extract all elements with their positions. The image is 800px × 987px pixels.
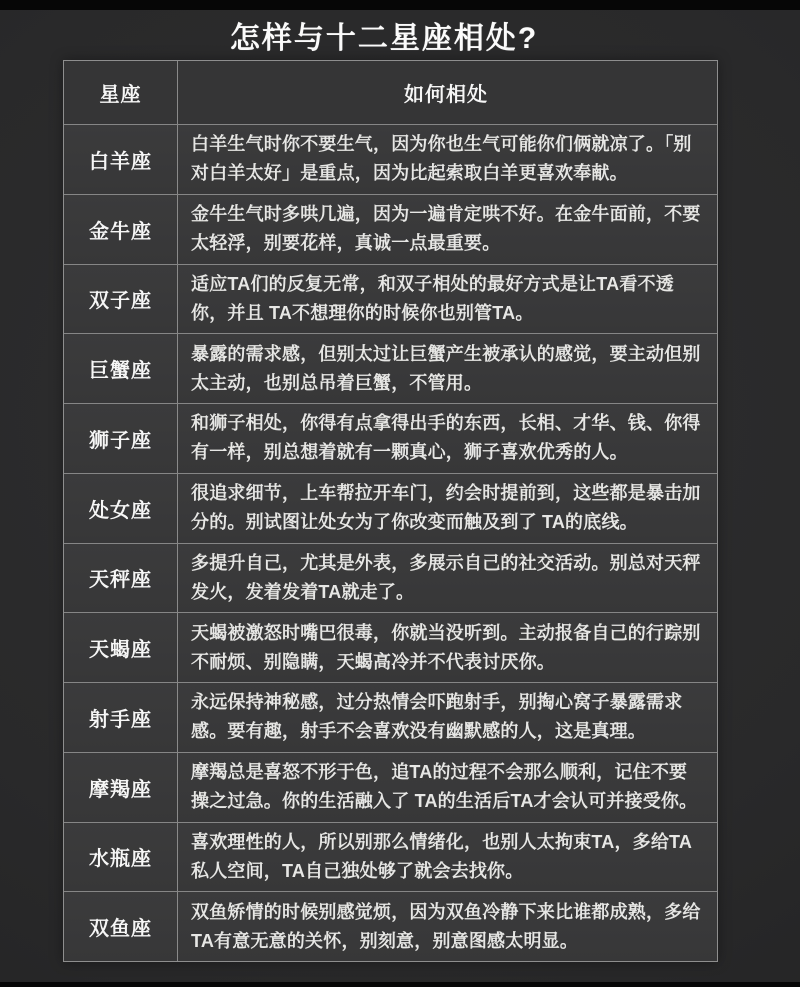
table-row: 巨蟹座 暴露的需求感，但别太过让巨蟹产生被承认的感觉，要主动但别太主动，也别总吊…: [64, 333, 717, 403]
table-row: 天秤座 多提升自己，尤其是外表，多展示自己的社交活动。别总对天秤发火，发着发着T…: [64, 543, 717, 613]
zodiac-advice-text: 和狮子相处，你得有点拿得出手的东西，长相、才华、钱、你得有一样，别总想着就有一颗…: [178, 404, 717, 473]
column-header-sign: 星座: [64, 61, 178, 124]
zodiac-advice-text: 喜欢理性的人，所以别那么情绪化，也别人太拘束TA，多给TA私人空间，TA自己独处…: [178, 823, 717, 892]
table-row: 处女座 很追求细节，上车帮拉开车门，约会时提前到，这些都是暴击加分的。别试图让处…: [64, 473, 717, 543]
zodiac-sign-label: 狮子座: [64, 404, 178, 473]
zodiac-sign-label: 金牛座: [64, 195, 178, 264]
zodiac-sign-label: 巨蟹座: [64, 334, 178, 403]
table-row: 金牛座 金牛生气时多哄几遍，因为一遍肯定哄不好。在金牛面前，不要太轻浮，别要花样…: [64, 194, 717, 264]
zodiac-advice-text: 白羊生气时你不要生气，因为你也生气可能你们俩就凉了。「别对白羊太好」是重点，因为…: [178, 125, 717, 194]
zodiac-sign-label: 处女座: [64, 474, 178, 543]
zodiac-advice-text: 金牛生气时多哄几遍，因为一遍肯定哄不好。在金牛面前，不要太轻浮，别要花样，真诚一…: [178, 195, 717, 264]
bottom-black-band: [0, 982, 800, 987]
table-row: 天蝎座 天蝎被激怒时嘴巴很毒，你就当没听到。主动报备自己的行踪别不耐烦、别隐瞒，…: [64, 612, 717, 682]
zodiac-table: 星座 如何相处 白羊座 白羊生气时你不要生气，因为你也生气可能你们俩就凉了。「别…: [63, 60, 718, 962]
zodiac-sign-label: 白羊座: [64, 125, 178, 194]
table-row: 双鱼座 双鱼矫情的时候别感觉烦，因为双鱼冷静下来比谁都成熟，多给TA有意无意的关…: [64, 891, 717, 961]
table-row: 狮子座 和狮子相处，你得有点拿得出手的东西，长相、才华、钱、你得有一样，别总想着…: [64, 403, 717, 473]
zodiac-sign-label: 射手座: [64, 683, 178, 752]
zodiac-advice-text: 暴露的需求感，但别太过让巨蟹产生被承认的感觉，要主动但别太主动，也别总吊着巨蟹，…: [178, 334, 717, 403]
zodiac-advice-text: 很追求细节，上车帮拉开车门，约会时提前到，这些都是暴击加分的。别试图让处女为了你…: [178, 474, 717, 543]
zodiac-sign-label: 天秤座: [64, 544, 178, 613]
page: { "title": "怎样与十二星座相处?", "colors": { "pa…: [0, 0, 800, 987]
zodiac-advice-text: 双鱼矫情的时候别感觉烦，因为双鱼冷静下来比谁都成熟，多给TA有意无意的关怀，别刻…: [178, 892, 717, 961]
zodiac-sign-label: 双鱼座: [64, 892, 178, 961]
zodiac-sign-label: 双子座: [64, 265, 178, 334]
page-title: 怎样与十二星座相处?: [0, 10, 768, 60]
zodiac-advice-text: 适应TA们的反复无常，和双子相处的最好方式是让TA看不透你，并且 TA不想理你的…: [178, 265, 717, 334]
table-row: 白羊座 白羊生气时你不要生气，因为你也生气可能你们俩就凉了。「别对白羊太好」是重…: [64, 124, 717, 194]
top-black-band: [0, 0, 800, 10]
zodiac-advice-text: 摩羯总是喜怒不形于色，追TA的过程不会那么顺利，记住不要操之过急。你的生活融入了…: [178, 753, 717, 822]
zodiac-sign-label: 摩羯座: [64, 753, 178, 822]
table-header-row: 星座 如何相处: [64, 61, 717, 124]
zodiac-advice-text: 多提升自己，尤其是外表，多展示自己的社交活动。别总对天秤发火，发着发着TA就走了…: [178, 544, 717, 613]
table-row: 射手座 永远保持神秘感，过分热情会吓跑射手，别掏心窝子暴露需求感。要有趣，射手不…: [64, 682, 717, 752]
zodiac-sign-label: 天蝎座: [64, 613, 178, 682]
column-header-advice: 如何相处: [178, 61, 717, 124]
zodiac-advice-text: 天蝎被激怒时嘴巴很毒，你就当没听到。主动报备自己的行踪别不耐烦、别隐瞒，天蝎高冷…: [178, 613, 717, 682]
table-row: 水瓶座 喜欢理性的人，所以别那么情绪化，也别人太拘束TA，多给TA私人空间，TA…: [64, 822, 717, 892]
zodiac-sign-label: 水瓶座: [64, 823, 178, 892]
table-row: 双子座 适应TA们的反复无常，和双子相处的最好方式是让TA看不透你，并且 TA不…: [64, 264, 717, 334]
table-row: 摩羯座 摩羯总是喜怒不形于色，追TA的过程不会那么顺利，记住不要操之过急。你的生…: [64, 752, 717, 822]
zodiac-advice-text: 永远保持神秘感，过分热情会吓跑射手，别掏心窝子暴露需求感。要有趣，射手不会喜欢没…: [178, 683, 717, 752]
